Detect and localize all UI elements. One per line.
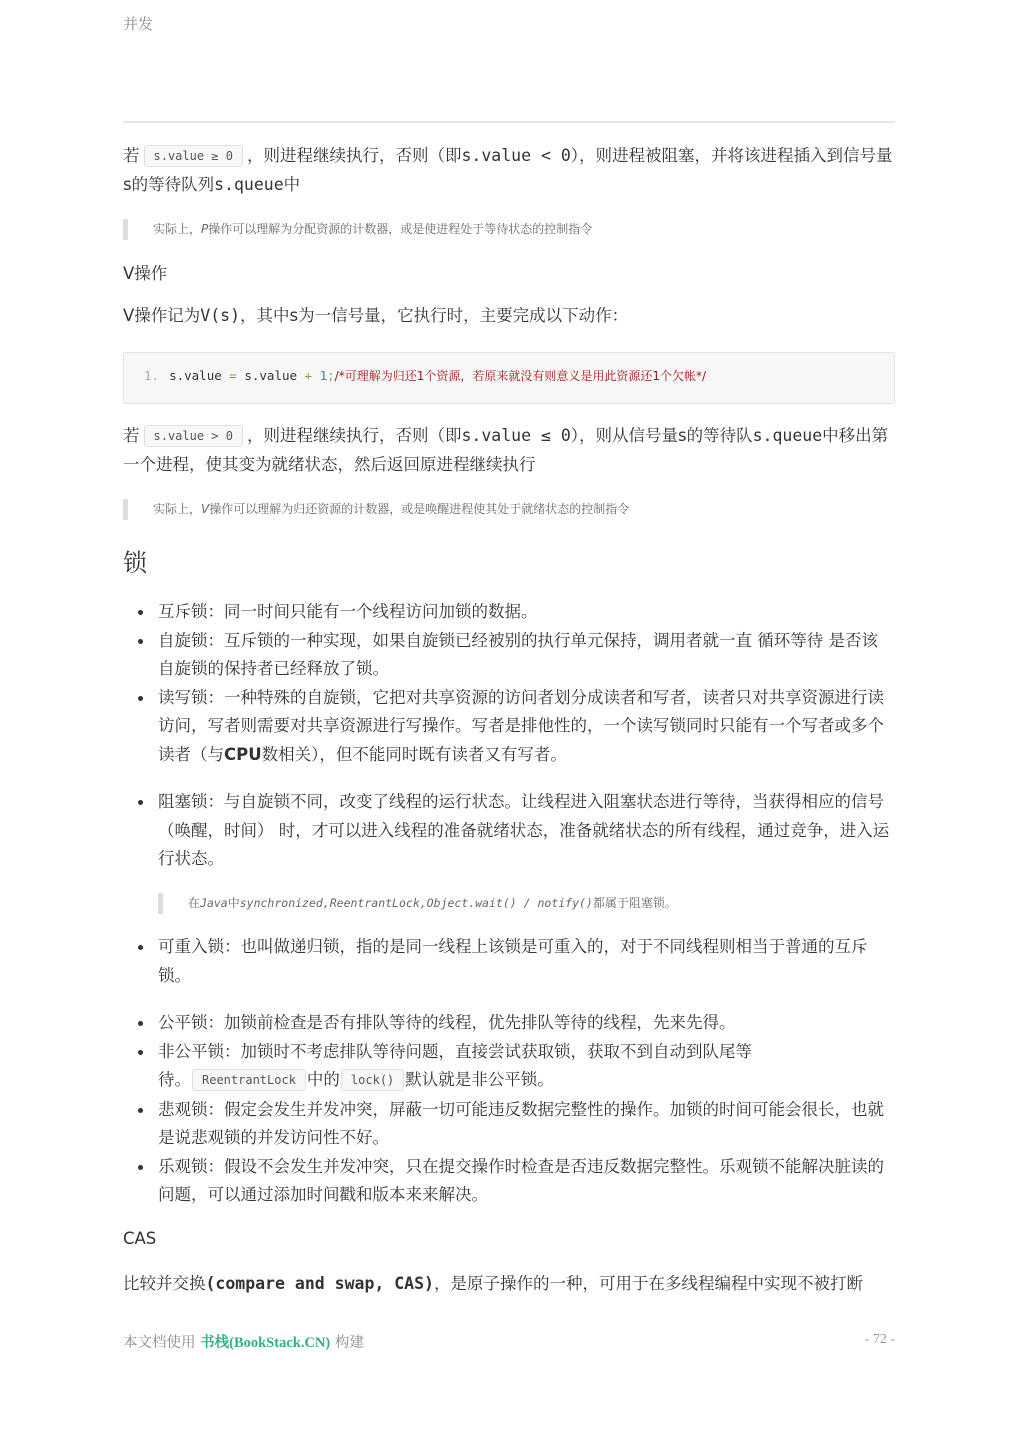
blockquote-p-op: 实际上，P操作可以理解为分配资源的计数器，或是使进程处于等待状态的控制指令 <box>123 219 592 240</box>
desc: 也叫做递归锁，指的是同一线程上该锁是可重入的，对于不同线程则相当于普通的互斥锁。 <box>158 937 868 985</box>
v-op-intro: V操作记为V(s)，其中s为一信号量，它执行时，主要完成以下动作： <box>123 302 898 330</box>
text: 实际上， <box>153 502 201 516</box>
italic-text: V <box>201 502 209 516</box>
text: ，则进程继续执行，否则（即 <box>247 146 462 165</box>
code-token: s.value <box>237 368 305 383</box>
desc: 同一时间只能有一个线程访问加锁的数据。 <box>224 602 538 621</box>
bookstack-link[interactable]: 书栈(BookStack.CN) <box>200 1335 330 1351</box>
list-item-fair-lock: 公平锁：加锁前检查是否有排队等待的线程，优先排队等待的线程，先来先得。 <box>123 1009 893 1038</box>
list-item-spinlock: 自旋锁：互斥锁的一种实现，如果自旋锁已经被别的执行单元保持，调用者就一直 循环等… <box>123 627 893 684</box>
term: 自旋锁： <box>158 631 224 650</box>
code-token: = <box>229 368 237 383</box>
text: 比较并交换 <box>123 1274 206 1293</box>
term: 悲观锁： <box>158 1100 224 1119</box>
text: 中 <box>228 896 240 910</box>
term: 乐观锁： <box>158 1157 224 1176</box>
term: 读写锁： <box>158 688 224 707</box>
inline-mono: s.queue <box>753 426 823 445</box>
lock-list-1: 互斥锁：同一时间只能有一个线程访问加锁的数据。 自旋锁：互斥锁的一种实现，如果自… <box>123 598 893 769</box>
term: 互斥锁： <box>158 602 224 621</box>
text: ，则进程继续执行，否则（即 <box>247 426 462 445</box>
cas-paragraph: 比较并交换(compare and swap, CAS)，是原子操作的一种，可用… <box>123 1270 898 1298</box>
text: V操作记为 <box>123 306 200 325</box>
top-divider <box>123 121 895 123</box>
list-item-blocking-lock: 阻塞锁：与自旋锁不同，改变了线程的运行状态。让线程进入阻塞状态进行等待，当获得相… <box>123 788 893 874</box>
code-token: + <box>305 368 313 383</box>
italic-text: synchronized,ReentrantLock,Object.wait()… <box>240 896 593 910</box>
text: 实际上， <box>153 222 201 236</box>
inline-mono: s.value < 0 <box>461 146 570 165</box>
text: 构建 <box>335 1335 364 1351</box>
term: 阻塞锁： <box>158 792 224 811</box>
line-number: 1. <box>144 368 159 383</box>
code-token: 1 <box>312 368 327 383</box>
desc: 加锁前检查是否有排队等待的线程，优先排队等待的线程，先来先得。 <box>224 1013 736 1032</box>
inline-mono: s.queue <box>214 175 284 194</box>
desc: 假设不会发生并发冲突，只在提交操作时检查是否违反数据完整性。乐观锁不能解决脏读的… <box>158 1157 884 1205</box>
text: 操作可以理解为归还资源的计数器，或是唤醒进程使其处于就绪状态的控制指令 <box>209 502 629 516</box>
list-item-pessimistic-lock: 悲观锁：假定会发生并发冲突，屏蔽一切可能违反数据完整性的操作。加锁的时间可能会很… <box>123 1096 893 1153</box>
inline-code: lock() <box>341 1069 404 1091</box>
desc: 假定会发生并发冲突，屏蔽一切可能违反数据完整性的操作。加锁的时间可能会很长，也就… <box>158 1100 884 1148</box>
list-item-mutex: 互斥锁：同一时间只能有一个线程访问加锁的数据。 <box>123 598 893 627</box>
inline-mono: s.value ≤ 0 <box>461 426 570 445</box>
cas-heading: CAS <box>123 1229 156 1248</box>
list-item-reentrant-lock: 可重入锁：也叫做递归锁，指的是同一线程上该锁是可重入的，对于不同线程则相当于普通… <box>123 933 893 990</box>
inline-code: s.value ≥ 0 <box>144 145 243 167</box>
lock-list-2: 阻塞锁：与自旋锁不同，改变了线程的运行状态。让线程进入阻塞状态进行等待，当获得相… <box>123 788 893 874</box>
text: 若 <box>123 146 140 165</box>
text: 操作可以理解为分配资源的计数器，或是使进程处于等待状态的控制指令 <box>208 222 592 236</box>
list-item-nonfair-lock: 非公平锁：加锁时不考虑排队等待问题，直接尝试获取锁，获取不到自动到队尾等待。Re… <box>123 1038 893 1096</box>
text: 在 <box>188 896 200 910</box>
desc: 数相关），但不能同时既有读者又有写者。 <box>262 745 567 764</box>
inline-code: ReentrantLock <box>192 1069 306 1091</box>
bold-text: (compare and swap, CAS) <box>206 1274 434 1293</box>
inline-mono: V(s) <box>200 306 240 325</box>
v-op-result-paragraph: 若s.value > 0，则进程继续执行，否则（即s.value ≤ 0），则从… <box>123 422 898 479</box>
text: ，是原子操作的一种，可用于在多线程编程中实现不被打断 <box>434 1274 863 1293</box>
text: 中的 <box>307 1070 340 1089</box>
page-number: - 72 - <box>865 1332 895 1348</box>
running-head: 并发 <box>123 13 153 34</box>
lock-list-3: 可重入锁：也叫做递归锁，指的是同一线程上该锁是可重入的，对于不同线程则相当于普通… <box>123 933 893 990</box>
blockquote-v-op: 实际上，V操作可以理解为归还资源的计数器，或是唤醒进程使其处于就绪状态的控制指令 <box>123 499 629 520</box>
code-comment: /*可理解为归还1个资源，若原来就没有则意义是用此资源还1个欠帐*/ <box>335 369 706 383</box>
code-token: s.value <box>169 368 229 383</box>
list-item-rwlock: 读写锁：一种特殊的自旋锁，它把对共享资源的访问者划分成读者和写者，读者只对共享资… <box>123 684 893 770</box>
desc: 与自旋锁不同，改变了线程的运行状态。让线程进入阻塞状态进行等待，当获得相应的信号… <box>158 792 889 868</box>
term: 可重入锁： <box>158 937 241 956</box>
desc: 默认就是非公平锁。 <box>405 1070 554 1089</box>
term: 非公平锁： <box>158 1042 241 1061</box>
lock-section-heading: 锁 <box>123 543 147 578</box>
code-line: 1.s.value = s.value + 1;/*可理解为归还1个资源，若原来… <box>144 367 706 384</box>
v-op-heading: V操作 <box>123 260 167 284</box>
text: ），则从信号量s的等待队 <box>571 426 753 445</box>
inline-code: s.value > 0 <box>144 425 243 447</box>
p-op-result-paragraph: 若s.value ≥ 0，则进程继续执行，否则（即s.value < 0），则进… <box>123 142 898 199</box>
footer-credit: 本文档使用 书栈(BookStack.CN) 构建 <box>123 1331 364 1352</box>
desc: 互斥锁的一种实现，如果自旋锁已经被别的执行单元保持，调用者就一直 循环等待 是否… <box>158 631 878 679</box>
term: 公平锁： <box>158 1013 224 1032</box>
blockquote-blocking-lock: 在Java中synchronized,ReentrantLock,Object.… <box>158 893 677 914</box>
lock-list-4: 公平锁：加锁前检查是否有排队等待的线程，优先排队等待的线程，先来先得。 非公平锁… <box>123 1009 893 1210</box>
code-token: ; <box>327 368 335 383</box>
text: 中 <box>284 175 301 194</box>
text: ，其中s为一信号量，它执行时，主要完成以下动作： <box>240 306 628 325</box>
text: 若 <box>123 426 140 445</box>
bold-text: CPU <box>224 745 262 764</box>
italic-text: Java <box>200 896 228 910</box>
text: 本文档使用 <box>123 1335 196 1351</box>
list-item-optimistic-lock: 乐观锁：假设不会发生并发冲突，只在提交操作时检查是否违反数据完整性。乐观锁不能解… <box>123 1153 893 1210</box>
code-block: 1.s.value = s.value + 1;/*可理解为归还1个资源，若原来… <box>123 352 895 404</box>
text: 都属于阻塞锁。 <box>593 896 677 910</box>
